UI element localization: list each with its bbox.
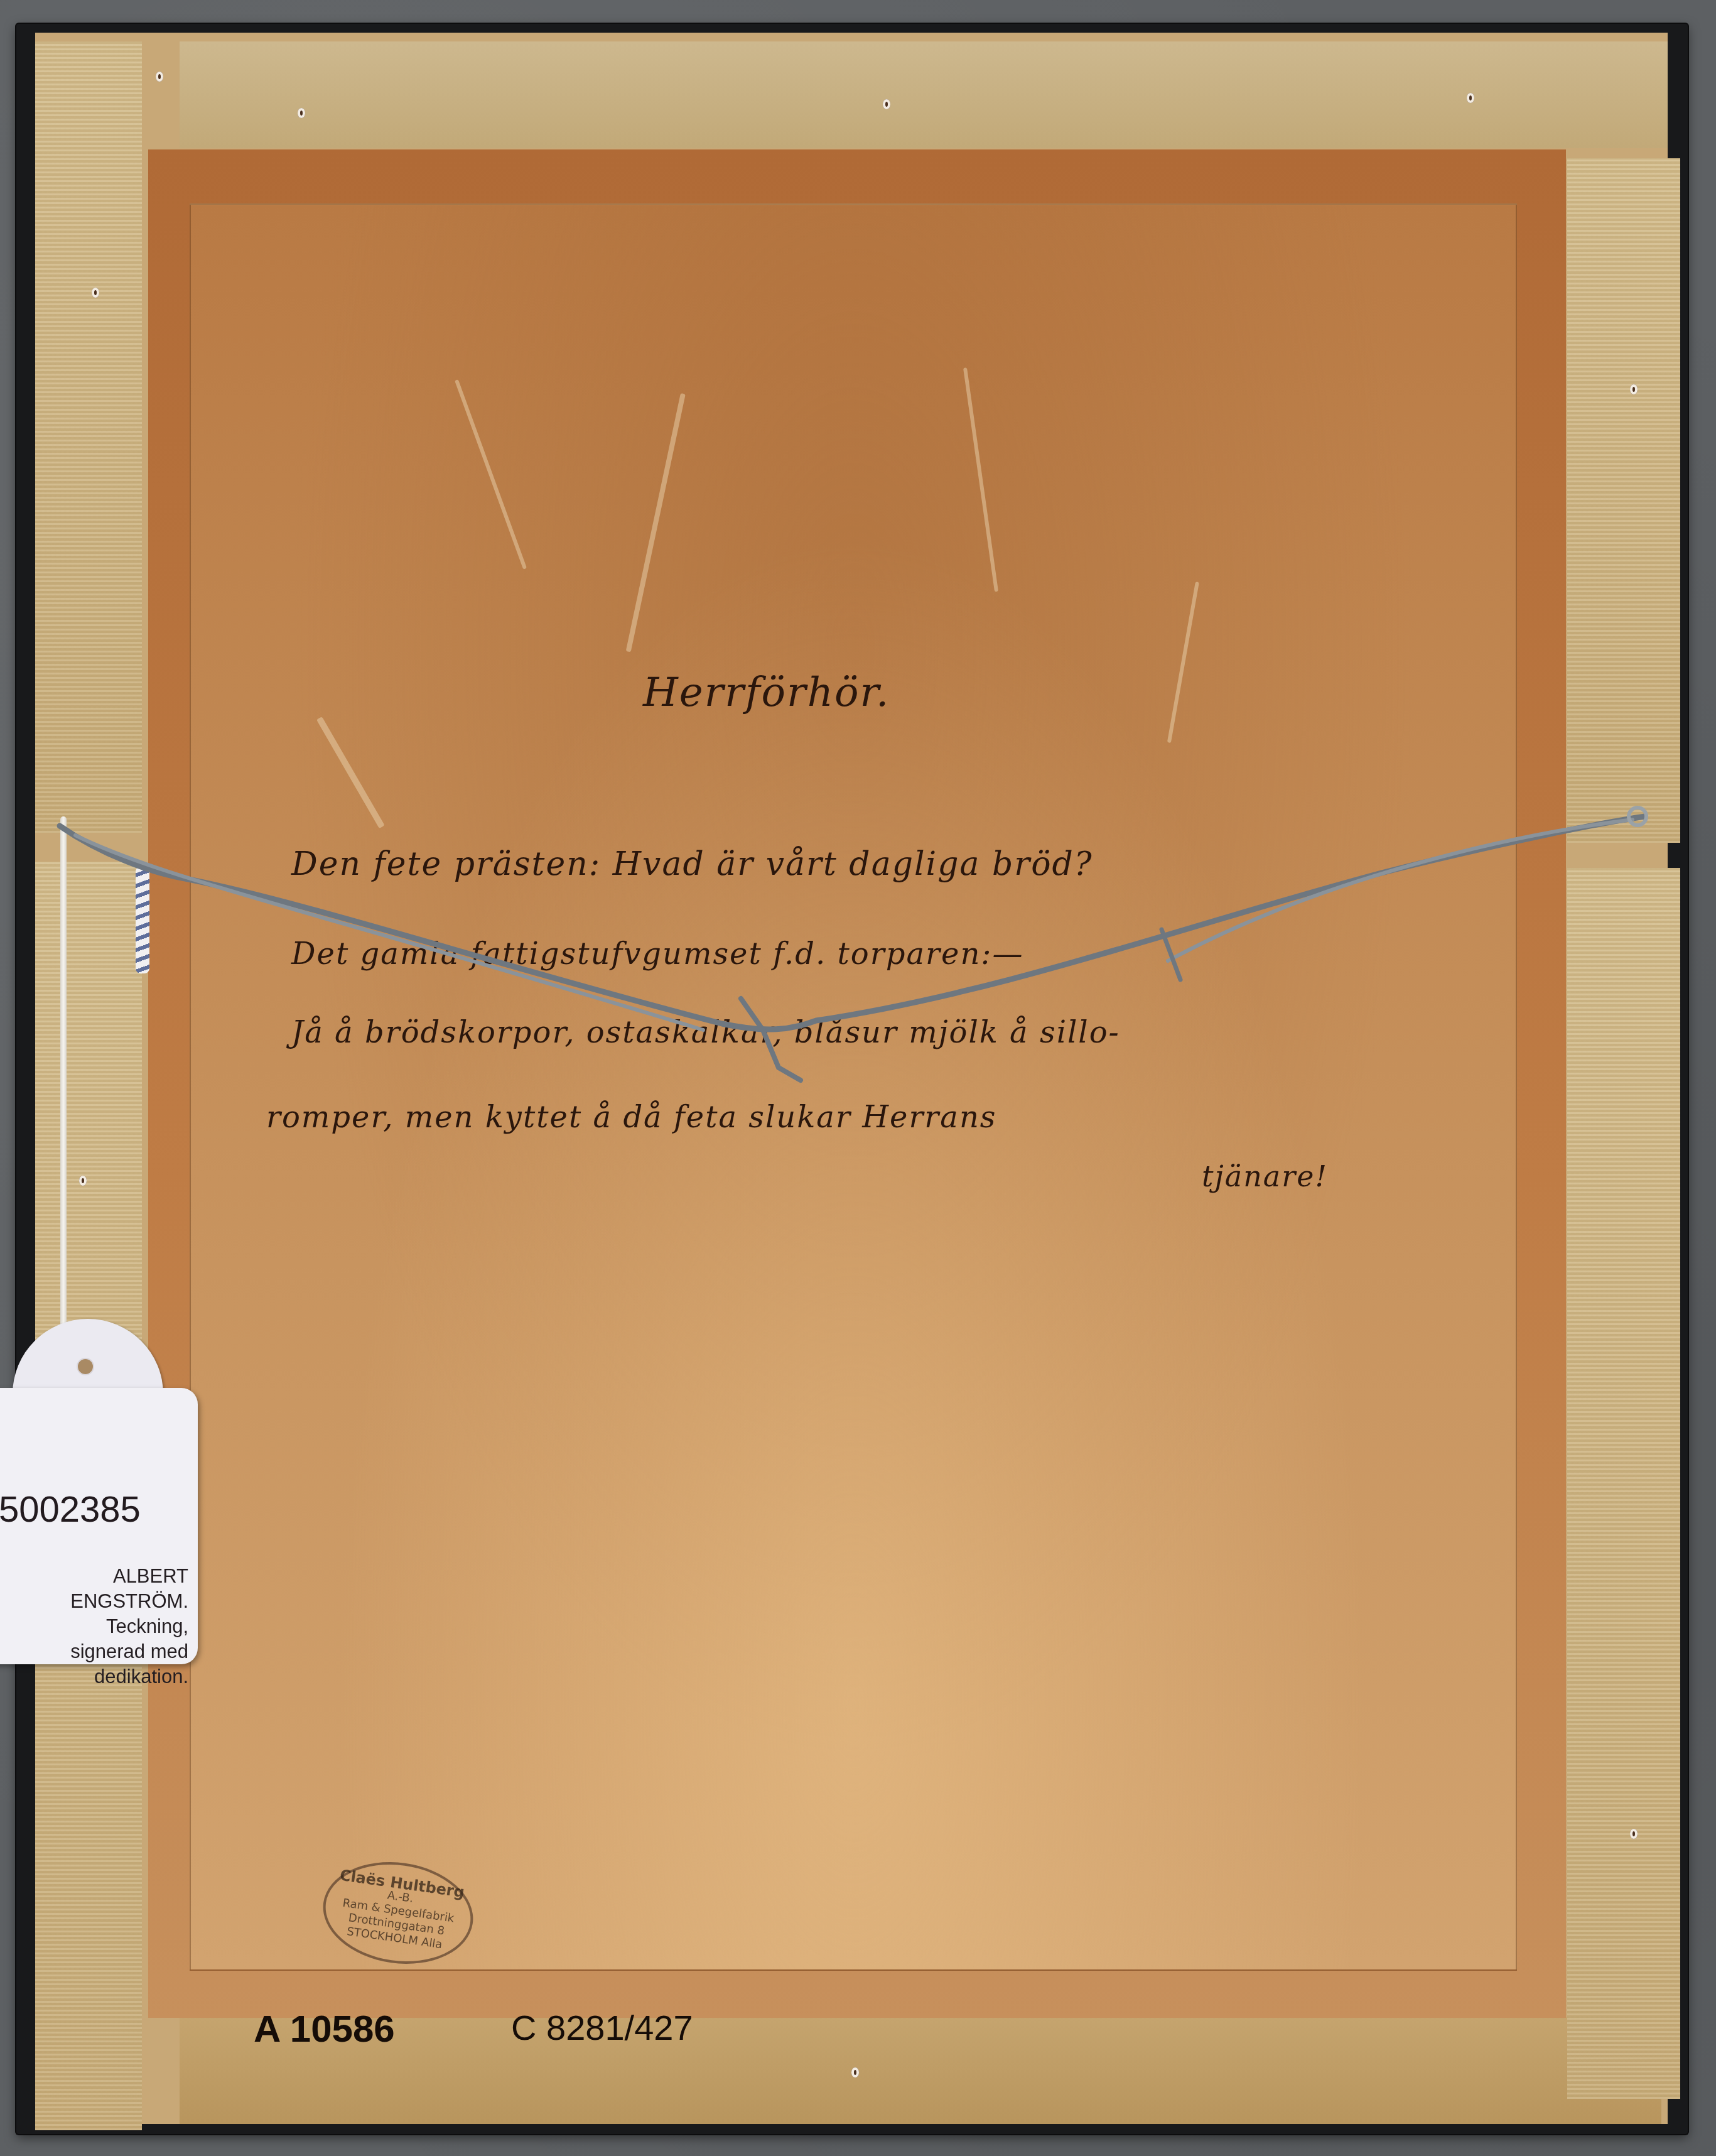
scratch-mark: [963, 367, 998, 592]
frame-backing: Herrförhör. Den fete prästen: Hvad är vå…: [35, 33, 1668, 2124]
backing-board: Herrförhör. Den fete prästen: Hvad är vå…: [148, 149, 1566, 2018]
lot-description-line: ALBERT: [0, 1564, 188, 1589]
nail: [1467, 93, 1474, 103]
tag-string: [60, 816, 67, 1357]
inscription-title: Herrförhör.: [643, 669, 890, 716]
framer-stamp: Claës Hultberg A.-B. Ram & Spegelfabrik …: [316, 1853, 480, 1973]
nail: [92, 288, 99, 298]
nail: [851, 2067, 859, 2077]
inventory-number-c: C 8281/427: [511, 2007, 693, 2048]
inscription-line-5: tjänare!: [1202, 1159, 1328, 1193]
scratch-mark: [1167, 582, 1199, 743]
tag-hole: [77, 1358, 94, 1375]
inventory-number-a: A 10586: [254, 2007, 395, 2050]
nail: [298, 108, 305, 118]
lot-id: 5002385: [0, 1488, 141, 1530]
inscription-line-4: romper, men kyttet å då feta slukar Herr…: [266, 1100, 996, 1135]
tape-bottom: [180, 2017, 1661, 2124]
inscription-line-1: Den fete prästen: Hvad är vårt dagliga b…: [291, 845, 1093, 883]
nail: [156, 72, 163, 82]
lot-description: ALBERT ENGSTRÖM. Teckning, signerad med …: [0, 1564, 188, 1689]
auction-tag-body: 5002385 ALBERT ENGSTRÖM. Teckning, signe…: [0, 1388, 198, 1664]
scratch-mark: [626, 393, 686, 652]
nail: [79, 1176, 87, 1186]
lot-description-line: Teckning,: [0, 1614, 188, 1639]
auction-tag: 5002385 ALBERT ENGSTRÖM. Teckning, signe…: [0, 1319, 198, 1664]
blue-white-twine: [136, 867, 149, 973]
picture-frame: Herrförhör. Den fete prästen: Hvad är vå…: [16, 24, 1688, 2134]
inscription-line-2: Det gamla fattigstufvgumset f.d. torpare…: [291, 936, 1024, 972]
nail: [1630, 1829, 1638, 1839]
scratch-mark: [455, 379, 527, 570]
lot-description-line: ENGSTRÖM.: [0, 1589, 188, 1614]
tape-left-upper: [35, 41, 142, 833]
scratch-mark: [316, 717, 385, 828]
lot-description-line: dedikation.: [0, 1664, 188, 1689]
tape-right-upper: [1567, 158, 1680, 843]
nail: [1630, 384, 1638, 394]
inscription-line-3: Jå å brödskorpor, ostaskalkar, blåsur mj…: [291, 1015, 1120, 1050]
backing-board-inner-panel: Herrförhör. Den fete prästen: Hvad är vå…: [190, 203, 1517, 1971]
tape-right-lower: [1567, 868, 1680, 2099]
tape-top: [180, 41, 1668, 148]
lot-description-line: signerad med: [0, 1639, 188, 1664]
nail: [883, 99, 890, 109]
